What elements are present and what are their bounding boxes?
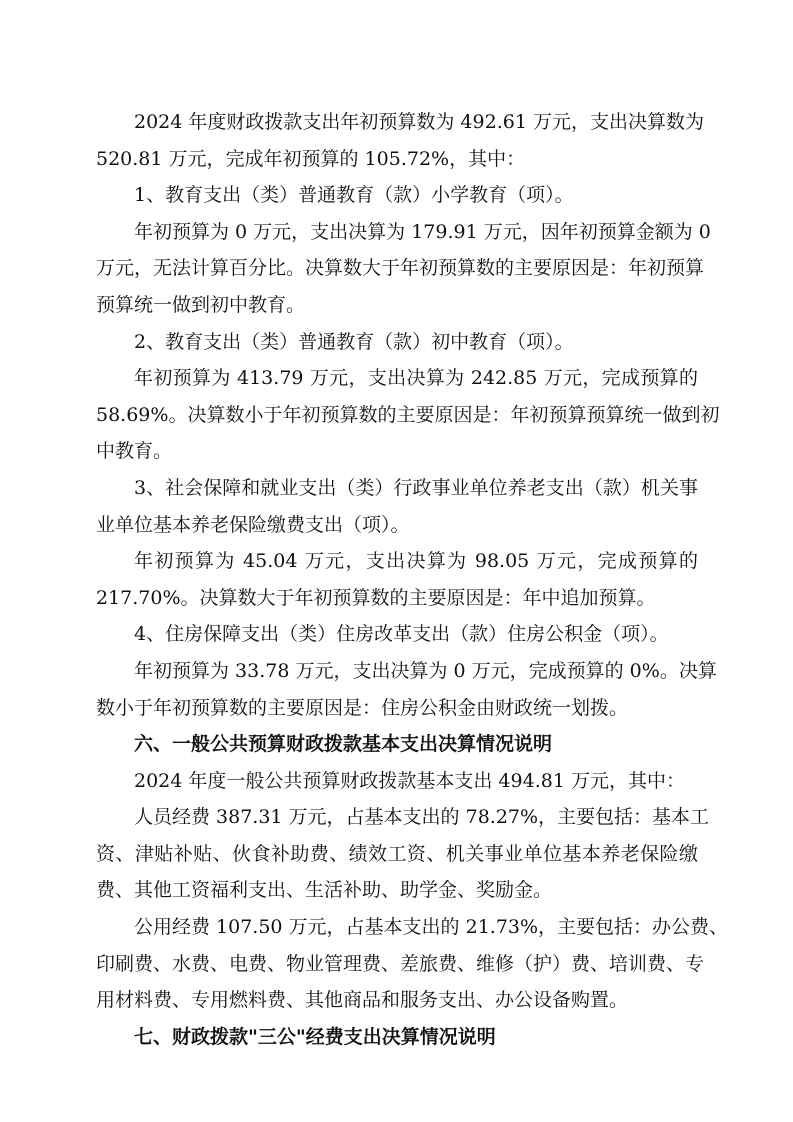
item-1-body: 年初预算为 0 万元，支出决算为 179.91 万元，因年初预算金额为 0 万元… (96, 214, 698, 324)
text-line: 年初预算为 0 万元，支出决算为 179.91 万元，因年初预算金额为 0 (96, 214, 698, 251)
item-3-body: 年初预算为 45.04 万元，支出决算为 98.05 万元，完成预算的 217.… (96, 543, 698, 616)
text-line: 4、住房保障支出（类）住房改革支出（款）住房公积金（项）。 (96, 616, 698, 653)
text-line: 2、教育支出（类）普通教育（款）初中教育（项）。 (96, 324, 698, 361)
item-2-title: 2、教育支出（类）普通教育（款）初中教育（项）。 (96, 324, 698, 361)
text-line: 资、津贴补贴、伙食补助费、绩效工资、机关事业单位基本养老保险缴 (96, 836, 698, 873)
text-line: 公用经费 107.50 万元，占基本支出的 21.73%，主要包括：办公费、 (96, 909, 698, 946)
text-line: 2024 年度一般公共预算财政拨款基本支出 494.81 万元，其中： (96, 763, 698, 800)
text-line: 万元，无法计算百分比。决算数大于年初预算数的主要原因是：年初预算 (96, 250, 698, 287)
text-line: 中教育。 (96, 433, 698, 470)
text-line: 3、社会保障和就业支出（类）行政事业单位养老支出（款）机关事 (96, 470, 698, 507)
text-line: 年初预算为 33.78 万元，支出决算为 0 万元，完成预算的 0%。决算 (96, 653, 698, 690)
item-4-title: 4、住房保障支出（类）住房改革支出（款）住房公积金（项）。 (96, 616, 698, 653)
public-expenses: 公用经费 107.50 万元，占基本支出的 21.73%，主要包括：办公费、 印… (96, 909, 698, 1019)
section-heading: 六、一般公共预算财政拨款基本支出决算情况说明 (96, 726, 698, 763)
text-line: 520.81 万元，完成年初预算的 105.72%，其中： (96, 141, 698, 178)
document-page: 2024 年度财政拨款支出年初预算数为 492.61 万元，支出决算数为 520… (96, 104, 698, 1055)
text-line: 58.69%。决算数小于年初预算数的主要原因是：年初预算预算统一做到初 (96, 397, 698, 434)
text-line: 费、其他工资福利支出、生活补助、助学金、奖励金。 (96, 872, 698, 909)
text-line: 数小于年初预算数的主要原因是：住房公积金由财政统一划拨。 (96, 690, 698, 727)
item-3-title: 3、社会保障和就业支出（类）行政事业单位养老支出（款）机关事 业单位基本养老保险… (96, 470, 698, 543)
text-line: 1、教育支出（类）普通教育（款）小学教育（项）。 (96, 177, 698, 214)
text-line: 用材料费、专用燃料费、其他商品和服务支出、办公设备购置。 (96, 982, 698, 1019)
text-line: 年初预算为 45.04 万元，支出决算为 98.05 万元，完成预算的 (96, 543, 698, 580)
text-line: 年初预算为 413.79 万元，支出决算为 242.85 万元，完成预算的 (96, 360, 698, 397)
text-line: 人员经费 387.31 万元，占基本支出的 78.27%，主要包括：基本工 (96, 799, 698, 836)
text-line: 印刷费、水费、电费、物业管理费、差旅费、维修（护）费、培训费、专 (96, 946, 698, 983)
section-heading: 七、财政拨款"三公"经费支出决算情况说明 (96, 1019, 698, 1056)
section-7-heading: 七、财政拨款"三公"经费支出决算情况说明 (96, 1019, 698, 1056)
item-4-body: 年初预算为 33.78 万元，支出决算为 0 万元，完成预算的 0%。决算 数小… (96, 653, 698, 726)
personnel-expenses: 人员经费 387.31 万元，占基本支出的 78.27%，主要包括：基本工 资、… (96, 799, 698, 909)
section-6-heading: 六、一般公共预算财政拨款基本支出决算情况说明 (96, 726, 698, 763)
text-line: 预算统一做到初中教育。 (96, 287, 698, 324)
text-line: 2024 年度财政拨款支出年初预算数为 492.61 万元，支出决算数为 (96, 104, 698, 141)
item-1-title: 1、教育支出（类）普通教育（款）小学教育（项）。 (96, 177, 698, 214)
item-2-body: 年初预算为 413.79 万元，支出决算为 242.85 万元，完成预算的 58… (96, 360, 698, 470)
section-6-summary: 2024 年度一般公共预算财政拨款基本支出 494.81 万元，其中： (96, 763, 698, 800)
text-line: 217.70%。决算数大于年初预算数的主要原因是：年中追加预算。 (96, 580, 698, 617)
paragraph-total-budget: 2024 年度财政拨款支出年初预算数为 492.61 万元，支出决算数为 520… (96, 104, 698, 177)
text-line: 业单位基本养老保险缴费支出（项）。 (96, 507, 698, 544)
